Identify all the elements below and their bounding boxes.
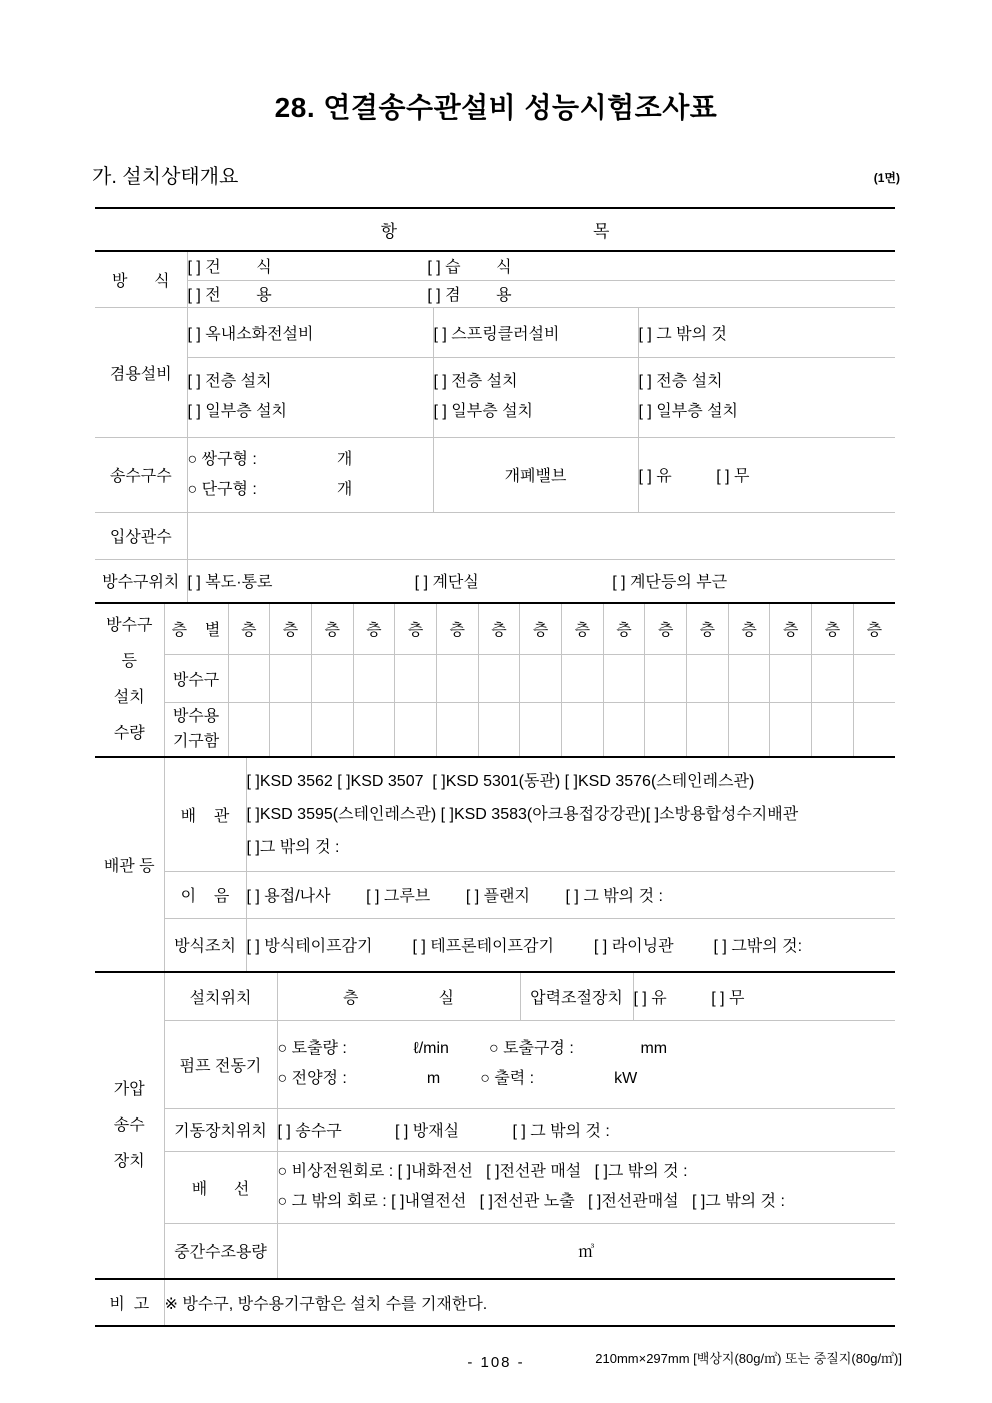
wiring-options: ○ 비상전원회로 : [ ]내화전선 [ ]전선관 매설 [ ]그 밖의 것 :…: [277, 1151, 895, 1223]
combined-scope-3: [ ] 전층 설치 [ ] 일부층 설치: [638, 357, 895, 437]
outlet-count-cell: [645, 654, 687, 702]
floor-header-cell: 층: [478, 604, 520, 654]
remarks-row-label: 비 고: [95, 1280, 164, 1325]
floor-header-cell: 층: [728, 604, 770, 654]
outlets-section-label: 방수구 등 설치 수량: [95, 604, 164, 756]
header-mok: 목: [593, 217, 609, 242]
piping-section-label: 배관 등: [95, 758, 164, 971]
floor-header-cell: 층: [853, 604, 895, 654]
outlet-location-row-label: 방수구위치: [95, 559, 187, 602]
floor-header-cell: 층: [603, 604, 645, 654]
cabinet-count-cell: [853, 702, 895, 756]
cabinet-count-cell: [478, 702, 520, 756]
cabinet-count-row-label: 방수용 기구함: [164, 702, 228, 756]
anticorrosion-options: [ ] 방식테이프감기 [ ] 테프론테이프감기 [ ] 라이닝관 [ ] 그밖…: [246, 918, 895, 971]
joint-options: [ ] 용접/나사 [ ] 그루브 [ ] 플랜지 [ ] 그 밖의 것 :: [246, 871, 895, 918]
doc-title: 28. 연결송수관설비 성능시험조사표: [0, 86, 992, 126]
outlet-count-cell: [436, 654, 478, 702]
outlet-count-cell: [478, 654, 520, 702]
floor-header-cell: 층: [353, 604, 395, 654]
starter-location-options: [ ] 송수구 [ ] 방재실 [ ] 그 밖의 것 :: [277, 1108, 895, 1151]
section-heading: 가. 설치상태개요: [92, 160, 238, 189]
form-sheet: 항 목 방 식 [ ] 건 식 [ ] 습 식 [ ] 전 용 [ ] 겸: [95, 207, 895, 1327]
cabinet-count-cell: [562, 702, 604, 756]
pump-motor-row-label: 펌프 전동기: [164, 1020, 277, 1108]
outlet-count-cell: [353, 654, 395, 702]
table-bottom-border: [95, 1325, 895, 1327]
remarks-text: ※ 방수구, 방수용기구함은 설치 수를 기재한다.: [164, 1280, 895, 1325]
cabinet-count-cell: [520, 702, 562, 756]
cabinet-count-cell: [270, 702, 312, 756]
inlet-counts: ○ 쌍구형 : 개 ○ 단구형 : 개: [187, 437, 433, 512]
combined-option-other: [ ] 그 밖의 것: [638, 307, 895, 357]
joint-row-label: 이 음: [164, 871, 246, 918]
floor-header-cell: 층: [311, 604, 353, 654]
wiring-row-label: 배 선: [164, 1151, 277, 1223]
floor-header-cell: 층: [436, 604, 478, 654]
inlet-row-label: 송수구수: [95, 437, 187, 512]
cabinet-count-cell: [353, 702, 395, 756]
cabinet-count-cell: [812, 702, 854, 756]
header-hang: 항: [381, 217, 397, 242]
combined-row-label: 겸용설비: [95, 307, 187, 437]
page-footer: - 108 - 210mm×297mm [백상지(80g/㎡) 또는 중질지(8…: [0, 1346, 992, 1376]
pressure-regulator-options: [ ] 유 [ ] 무: [633, 973, 895, 1020]
valve-options: [ ] 유 [ ] 무: [638, 437, 895, 512]
pump-location-row-label: 설치위치: [164, 973, 277, 1020]
outlet-count-cell: [770, 654, 812, 702]
method-row-label: 방 식: [95, 252, 187, 307]
outlet-count-cell: [603, 654, 645, 702]
page-marker: (1면): [874, 169, 900, 189]
risers-value: [187, 512, 895, 559]
risers-row-label: 입상관수: [95, 512, 187, 559]
outlet-count-cell: [853, 654, 895, 702]
outlet-count-cell: [687, 654, 729, 702]
pipe-standards-options: [ ]KSD 3562 [ ]KSD 3507 [ ]KSD 5301(동관) …: [246, 758, 895, 871]
outlet-count-row-label: 방수구: [164, 654, 228, 702]
floor-header-cell: 층: [687, 604, 729, 654]
table-pressurized-pump: 가압 송수 장치 설치위치 층 실 압력조절장치 [ ] 유 [ ] 무 펌프 …: [95, 973, 895, 1278]
combined-scope-2: [ ] 전층 설치 [ ] 일부층 설치: [433, 357, 638, 437]
cabinet-count-cell: [311, 702, 353, 756]
floor-header-cell: 층: [812, 604, 854, 654]
table-remarks: 비 고 ※ 방수구, 방수용기구함은 설치 수를 기재한다.: [95, 1280, 895, 1325]
starter-location-row-label: 기동장치위치: [164, 1108, 277, 1151]
floor-header-cell: 층: [270, 604, 312, 654]
outlet-count-cell: [562, 654, 604, 702]
pump-motor-specs: ○ 토출량 : ℓ/min ○ 토출구경 : mm ○ 전양정 : m ○ 출력…: [277, 1020, 895, 1108]
method-options-line2: [ ] 전 용 [ ] 겸 용: [187, 280, 895, 307]
method-options-line1: [ ] 건 식 [ ] 습 식: [187, 252, 895, 280]
combined-option-sprinkler: [ ] 스프링클러설비: [433, 307, 638, 357]
valve-label: 개폐밸브: [433, 437, 638, 512]
pump-section-label: 가압 송수 장치: [95, 973, 164, 1278]
outlet-count-cell: [395, 654, 437, 702]
outlet-count-cell: [228, 654, 270, 702]
cabinet-count-cell: [603, 702, 645, 756]
combined-option-hydrant: [ ] 옥내소화전설비: [187, 307, 433, 357]
outlet-count-cell: [728, 654, 770, 702]
footer-paper-spec: 210mm×297mm [백상지(80g/㎡) 또는 중질지(80g/㎡)]: [595, 1348, 902, 1367]
outlet-count-cell: [520, 654, 562, 702]
floor-header-cell: 층: [770, 604, 812, 654]
table-outlet-count-by-floor: 방수구 등 설치 수량 층 별 층층층층층층층층층층층층층층층층 방수구 방수용…: [95, 604, 895, 756]
cabinet-count-cell: [728, 702, 770, 756]
floor-header-cell: 층: [645, 604, 687, 654]
intermediate-tank-row-label: 중간수조용량: [164, 1223, 277, 1278]
table-piping: 배관 등 배 관 [ ]KSD 3562 [ ]KSD 3507 [ ]KSD …: [95, 758, 895, 971]
floor-header-cell: 층: [395, 604, 437, 654]
floor-header-cell: 층: [228, 604, 270, 654]
pump-location-floor-room: 층 실: [277, 973, 520, 1020]
cabinet-count-cell: [770, 702, 812, 756]
anticorrosion-row-label: 방식조치: [164, 918, 246, 971]
section-header-row: 가. 설치상태개요 (1면): [92, 160, 900, 189]
cabinet-count-cell: [436, 702, 478, 756]
pipe-row-label: 배 관: [164, 758, 246, 871]
cabinet-count-cell: [395, 702, 437, 756]
cabinet-count-cell: [645, 702, 687, 756]
cabinet-count-cell: [687, 702, 729, 756]
floor-header-label: 층 별: [164, 604, 228, 654]
floor-header-cell: 층: [562, 604, 604, 654]
cabinet-count-cell: [228, 702, 270, 756]
pressure-regulator-label: 압력조절장치: [520, 973, 633, 1020]
table-general-overview: 방 식 [ ] 건 식 [ ] 습 식 [ ] 전 용 [ ] 겸 용 겸용설비: [95, 252, 895, 602]
intermediate-tank-unit: ㎥: [277, 1223, 895, 1278]
outlet-count-cell: [311, 654, 353, 702]
outlet-location-options: [ ] 복도·통로 [ ] 계단실 [ ] 계단등의 부근: [187, 559, 895, 602]
combined-scope-1: [ ] 전층 설치 [ ] 일부층 설치: [187, 357, 433, 437]
floor-header-cell: 층: [520, 604, 562, 654]
document-page: 28. 연결송수관설비 성능시험조사표 가. 설치상태개요 (1면) 항 목 방…: [0, 0, 992, 1403]
outlet-count-cell: [270, 654, 312, 702]
table-header-items: 항 목: [95, 207, 895, 252]
outlet-count-cell: [812, 654, 854, 702]
